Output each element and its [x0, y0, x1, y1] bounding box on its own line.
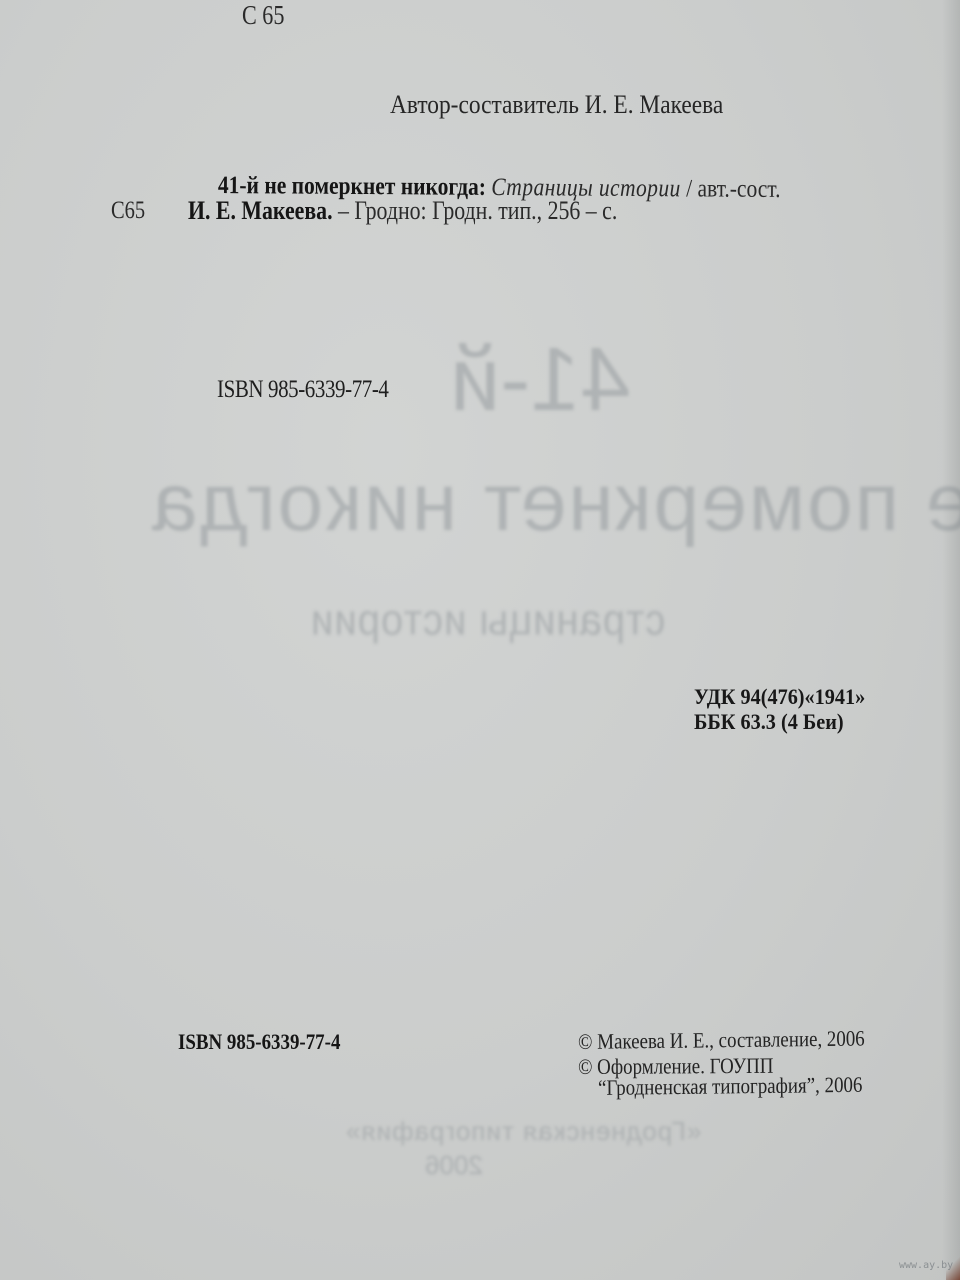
- catalog-code-entry: С65: [111, 198, 145, 223]
- bleed-through-year: 2006: [425, 1152, 483, 1178]
- bleed-through-title-number: 41-й: [450, 335, 630, 425]
- bleed-through-title: не померкнет никогда: [150, 462, 960, 544]
- publication-info: – Гродно: Гродн. тип., 256 – с.: [338, 196, 617, 225]
- compiler-line: Автор-составитель И. Е. Макеева: [390, 92, 723, 118]
- author-role: авт.-сост.: [697, 175, 780, 203]
- copyright-compiler: © Макеева И. Е., составление, 2006: [578, 1028, 865, 1053]
- bbk-code: ББК 63.3 (4 Беи): [694, 711, 844, 733]
- copyright-printer: “Гродненская типография”, 2006: [598, 1074, 862, 1099]
- catalog-code-top: С 65: [242, 2, 284, 29]
- page-edge-shadow: [942, 0, 960, 1280]
- udk-code: УДК 94(476)«1941»: [694, 686, 865, 708]
- bibliographic-line-2: И. Е. Макеева. – Гродно: Гродн. тип., 25…: [188, 198, 617, 224]
- bleed-through-subtitle: страницы истории: [310, 598, 665, 642]
- isbn-entry: ISBN 985-6339-77-4: [217, 377, 389, 402]
- separator: /: [686, 175, 692, 202]
- bleed-through-publisher: «Гродненская типография»: [345, 1118, 701, 1144]
- book-page: 41-й не померкнет никогда страницы истор…: [0, 0, 960, 1280]
- author-name: И. Е. Макеева.: [188, 196, 333, 225]
- watermark: www.ay.by: [899, 1260, 953, 1271]
- isbn-bottom: ISBN 985-6339-77-4: [178, 1031, 340, 1053]
